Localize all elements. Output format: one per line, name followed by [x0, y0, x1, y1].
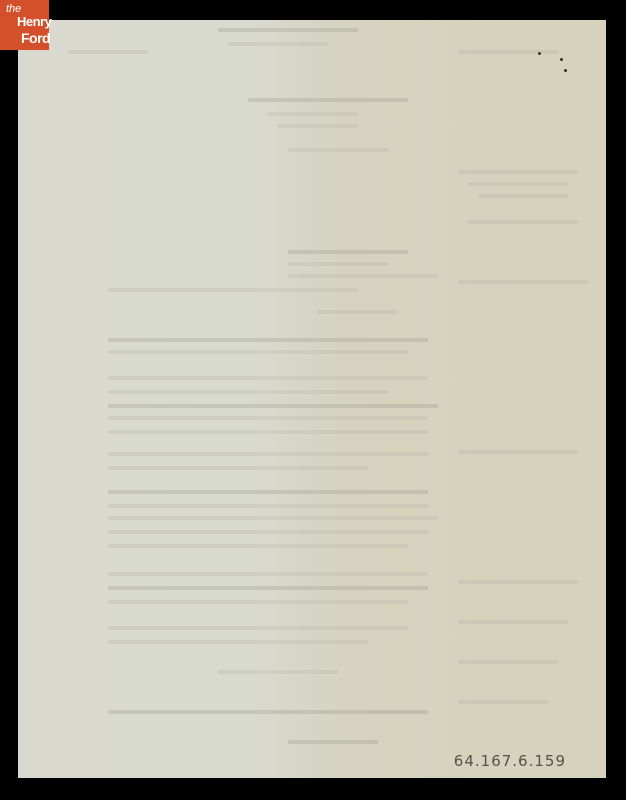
bleed-through-text: [458, 660, 558, 664]
bleed-through-text: [468, 220, 578, 224]
bleed-through-text: [108, 390, 388, 394]
bleed-through-text: [108, 490, 428, 494]
bleed-through-text: [458, 580, 578, 584]
bleed-through-text: [288, 262, 388, 266]
bleed-through-text: [468, 182, 568, 186]
bleed-through-text: [288, 148, 388, 152]
bleed-through-text: [108, 544, 408, 548]
bleed-through-text: [278, 124, 358, 128]
logo-henry: Henry: [17, 15, 51, 28]
bleed-through-text: [288, 740, 378, 744]
paper-blemish: [564, 69, 567, 72]
bleed-through-text: [248, 98, 408, 102]
bleed-through-text: [228, 42, 328, 46]
bleed-through-text: [458, 170, 578, 174]
bleed-through-text: [108, 530, 428, 534]
bleed-through-text: [458, 280, 588, 284]
bleed-through-text: [108, 404, 438, 408]
bleed-through-text: [108, 710, 428, 714]
bleed-through-text: [108, 338, 428, 342]
bleed-through-text: [108, 376, 428, 380]
document-page: 64.167.6.159: [18, 20, 606, 778]
bleed-through-text: [108, 572, 428, 576]
the-henry-ford-logo: the Henry Ford: [0, 0, 49, 50]
bleed-through-text: [108, 640, 368, 644]
logo-ford: Ford: [21, 31, 50, 45]
bleed-through-text: [108, 430, 428, 434]
bleed-through-text: [108, 466, 368, 470]
bleed-through-text: [108, 504, 428, 508]
bleed-through-text: [458, 50, 558, 54]
bleed-through-text: [108, 626, 408, 630]
bleed-through-text: [218, 670, 338, 674]
bleed-through-text: [108, 586, 428, 590]
bleed-through-text: [458, 620, 568, 624]
bleed-through-text: [288, 250, 408, 254]
bleed-through-text: [68, 50, 148, 54]
bleed-through-text: [478, 194, 568, 198]
bleed-through-text: [458, 450, 578, 454]
bleed-through-text: [458, 700, 548, 704]
bleed-through-text: [218, 28, 358, 32]
bleed-through-text: [108, 600, 408, 604]
paper-blemish: [560, 58, 563, 61]
bleed-through-text: [108, 452, 428, 456]
bleed-through-text: [108, 416, 428, 420]
bleed-through-text: [108, 350, 408, 354]
bleed-through-text: [288, 274, 438, 278]
bleed-through-text: [108, 516, 438, 520]
bleed-through-text: [318, 310, 398, 314]
accession-number: 64.167.6.159: [454, 752, 566, 770]
bleed-through-text: [108, 288, 358, 292]
bleed-through-text: [268, 112, 358, 116]
